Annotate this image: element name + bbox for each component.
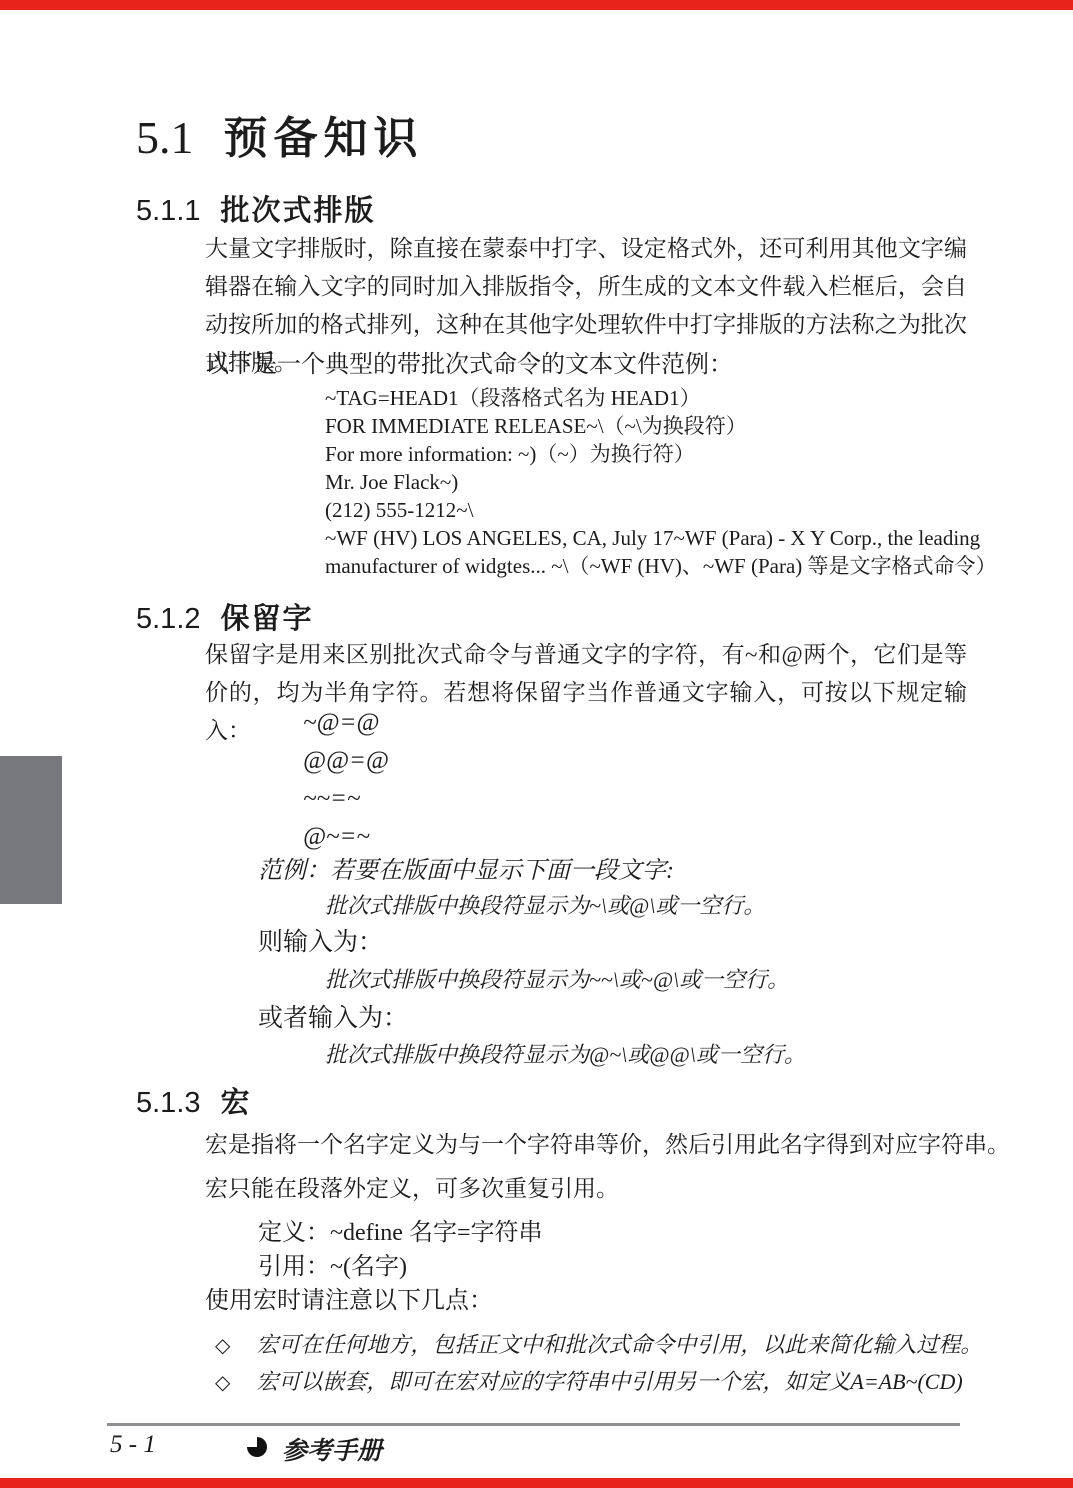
bullet-text: 宏可以嵌套，即可在宏对应的字符串中引用另一个宏，如定义A=AB~(CD) <box>256 1369 962 1394</box>
section-title: 批次式排版 <box>221 195 376 227</box>
pie-circle-icon <box>247 1437 267 1457</box>
page-title: 5.1预备知识 <box>136 102 424 166</box>
body-paragraph: 以下是一个典型的带批次式命令的文本文件范例： <box>205 344 733 379</box>
footer-manual-label: 参考手册 <box>282 1431 382 1467</box>
bullet-text: 宏可在任何地方，包括正文中和批次式命令中引用，以此来简化输入过程。 <box>256 1332 982 1357</box>
section-title: 宏 <box>221 1087 252 1119</box>
section-number: 5.1.3 <box>136 1087 201 1119</box>
bottom-red-bar <box>0 1478 1073 1488</box>
code-line: (212) 555-1212~\ <box>325 496 997 524</box>
left-gray-tab <box>0 756 62 904</box>
code-line: ~WF (HV) LOS ANGELES, CA, July 17~WF (Pa… <box>325 524 997 552</box>
note-intro: 使用宏时请注意以下几点： <box>205 1280 493 1315</box>
example-line: 批次式排版中换段符显示为~\或@\或一空行。 <box>325 889 765 920</box>
body-paragraph: 宏只能在段落外定义，可多次重复引用。 <box>205 1170 619 1203</box>
macro-define-line: 定义：~define 名字=字符串 <box>258 1212 542 1247</box>
code-line: manufacturer of widgtes... ~\（~WF (HV)、~… <box>325 552 997 580</box>
rule-line: ~~=~ <box>303 780 389 818</box>
example-line: 批次式排版中换段符显示为~~\或~@\或一空行。 <box>325 963 789 994</box>
section-heading-5-1-1: 5.1.1批次式排版 <box>136 188 376 229</box>
input-label: 或者输入为： <box>258 998 408 1034</box>
code-line: Mr. Joe Flack~) <box>325 468 997 496</box>
section-title: 保留字 <box>221 603 314 635</box>
body-paragraph: 宏是指将一个名字定义为与一个字符串等价，然后引用此名字得到对应字符串。 <box>205 1126 1010 1159</box>
bullet-item: ◇宏可在任何地方，包括正文中和批次式命令中引用，以此来简化输入过程。 <box>215 1328 982 1359</box>
page-title-text: 预备知识 <box>224 114 424 163</box>
top-red-bar <box>0 0 1073 10</box>
code-line: FOR IMMEDIATE RELEASE~\（~\为换段符） <box>325 412 997 440</box>
footer-page-number: 5 - 1 <box>110 1431 156 1459</box>
rule-line: ~@=@ <box>303 704 389 742</box>
input-label: 则输入为： <box>258 922 383 958</box>
section-heading-5-1-3: 5.1.3宏 <box>136 1080 252 1121</box>
section-heading-5-1-2: 5.1.2保留字 <box>136 596 314 637</box>
rule-line: @@=@ <box>303 742 389 780</box>
manual-page: 5.1预备知识 5.1.1批次式排版 大量文字排版时，除直接在蒙泰中打字、设定格… <box>0 0 1073 1488</box>
diamond-bullet-icon: ◇ <box>215 1335 230 1357</box>
diamond-bullet-icon: ◇ <box>215 1372 230 1394</box>
section-number: 5.1.1 <box>136 195 201 227</box>
example-label: 范例：若要在版面中显示下面一段文字: <box>258 850 674 885</box>
code-line: ~TAG=HEAD1（段落格式名为 HEAD1） <box>325 384 997 412</box>
footer-rule <box>107 1423 960 1426</box>
reserved-char-rules: ~@=@ @@=@ ~~=~ @~=~ <box>303 704 389 856</box>
code-example-block: ~TAG=HEAD1（段落格式名为 HEAD1） FOR IMMEDIATE R… <box>325 384 997 580</box>
page-title-number: 5.1 <box>136 112 194 163</box>
code-line: For more information: ~)（~）为换行符） <box>325 440 997 468</box>
section-number: 5.1.2 <box>136 603 201 635</box>
example-line: 批次式排版中换段符显示为@~\或@@\或一空行。 <box>325 1038 806 1069</box>
macro-reference-line: 引用：~(名字) <box>258 1246 407 1281</box>
bullet-item: ◇宏可以嵌套，即可在宏对应的字符串中引用另一个宏，如定义A=AB~(CD) <box>215 1365 963 1396</box>
